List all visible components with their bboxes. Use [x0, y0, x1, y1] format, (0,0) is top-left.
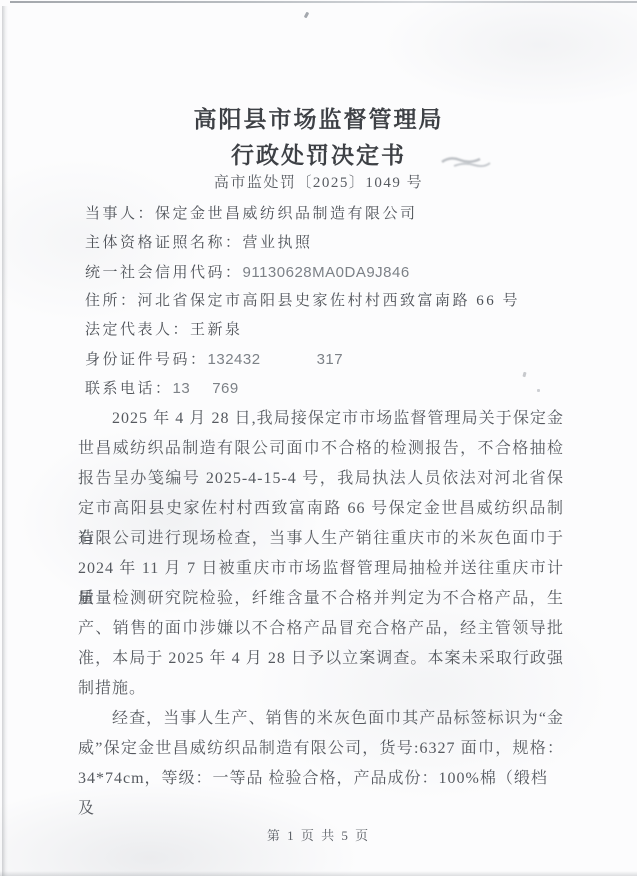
issuing-authority-title: 高阳县市场监督管理局	[0, 101, 637, 134]
document-number: 高市监处罚〔2025〕1049 号	[0, 171, 637, 192]
party-line-license-type: 主体资格证照名称：营业执照	[85, 229, 520, 258]
page-number-footer: 第 1 页 共 5 页	[0, 825, 637, 844]
credit-code-value: 91130628MA0DA9J846	[243, 264, 410, 281]
party-label: 身份证件号码：	[85, 352, 208, 368]
body-line: 34*74cm，等级：一等品 检验合格，产品成份：100%棉（缎档及	[78, 764, 564, 794]
body-line: 质量检测研究院检验，纤维含量不合格并判定为不合格产品，生	[78, 584, 564, 614]
scan-speck-artifact	[304, 12, 309, 19]
id-number-suffix: 317	[317, 351, 344, 368]
scan-speck-artifact	[522, 372, 526, 378]
body-line: 报告呈办笺编号 2025-4-15-4 号，我局执法人员依法对河北省保	[78, 464, 564, 494]
party-value: 王新泉	[190, 322, 243, 338]
document-body: 2025 年 4 月 28 日,我局接保定市市场监督管理局关于保定金 世昌威纺织…	[78, 404, 564, 794]
party-label: 当事人：	[85, 206, 155, 222]
party-line-id-number: 身份证件号码：132432317	[85, 345, 520, 374]
party-line-credit-code: 统一社会信用代码：91130628MA0DA9J846	[85, 258, 520, 287]
party-info-section: 当事人：保定金世昌威纺织品制造有限公司 主体资格证照名称：营业执照 统一社会信用…	[85, 200, 520, 403]
party-line-name: 当事人：保定金世昌威纺织品制造有限公司	[85, 200, 520, 229]
body-line: 2024 年 11 月 7 日被重庆市市场监督管理局抽检并送往重庆市计量	[78, 554, 564, 584]
party-label: 法定代表人：	[85, 322, 190, 338]
party-value: 河北省保定市高阳县史家佐村村西致富南路 66 号	[138, 293, 521, 309]
scanned-penalty-decision-page: 高阳县市场监督管理局 行政处罚决定书 高市监处罚〔2025〕1049 号 当事人…	[0, 0, 637, 876]
party-label: 住所：	[85, 293, 138, 309]
party-label: 统一社会信用代码：	[85, 265, 243, 281]
party-line-phone: 联系电话：13769	[85, 374, 520, 403]
id-number-prefix: 132432	[208, 351, 261, 368]
body-line: 制措施。	[78, 674, 564, 704]
party-label: 联系电话：	[85, 381, 173, 397]
party-value: 营业执照	[243, 235, 313, 251]
document-type-title: 行政处罚决定书	[0, 137, 637, 170]
body-line: 世昌威纺织品制造有限公司面巾不合格的检测报告，不合格抽检	[78, 434, 564, 464]
party-line-address: 住所：河北省保定市高阳县史家佐村村西致富南路 66 号	[85, 287, 520, 316]
body-line: 产、销售的面巾涉嫌以不合格产品冒充合格产品，经主管领导批	[78, 614, 564, 644]
body-line: 有限公司进行现场检查，当事人生产销往重庆市的米灰色面巾于	[78, 524, 564, 554]
scan-edge-bottom	[0, 871, 637, 876]
body-line: 2025 年 4 月 28 日,我局接保定市市场监督管理局关于保定金	[78, 404, 564, 434]
party-line-legal-representative: 法定代表人：王新泉	[85, 316, 520, 345]
party-value: 保定金世昌威纺织品制造有限公司	[155, 206, 418, 222]
phone-suffix: 769	[212, 380, 239, 397]
body-line: 经查，当事人生产、销售的米灰色面巾其产品标签标识为“金	[78, 704, 564, 734]
body-line: 准，本局于 2025 年 4 月 28 日予以立案调查。本案未采取行政强	[78, 644, 564, 674]
body-line: 定市高阳县史家佐村村西致富南路 66 号保定金世昌威纺织品制造	[78, 494, 564, 524]
pencil-smudge-artifact	[440, 150, 492, 170]
body-line: 威”保定金世昌威纺织品制造有限公司，货号:6327 面巾，规格：	[78, 734, 564, 764]
party-label: 主体资格证照名称：	[85, 235, 243, 251]
scan-edge-top	[10, 1, 637, 3]
phone-prefix: 13	[173, 380, 191, 397]
scan-speck-artifact	[537, 389, 540, 392]
